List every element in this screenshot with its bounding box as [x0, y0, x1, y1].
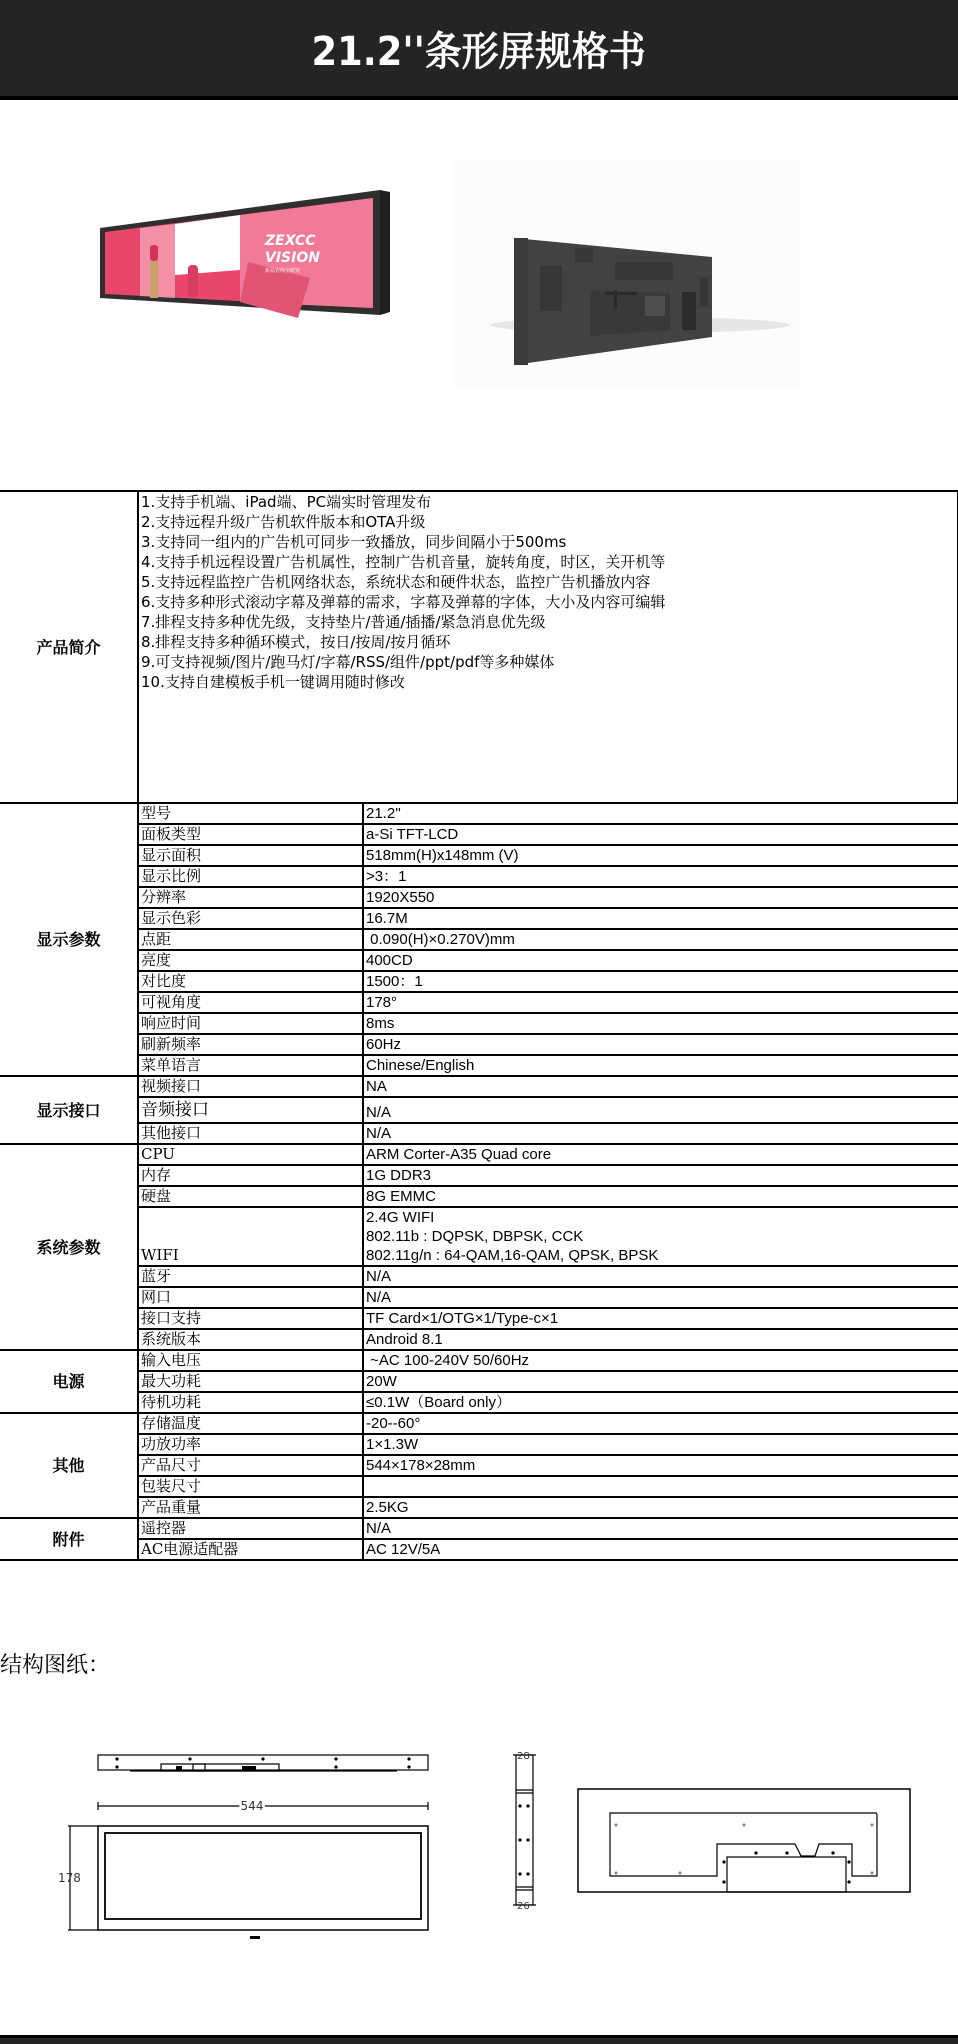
spec-key: 存储温度 — [138, 1413, 363, 1434]
spec-key: 点距 — [138, 929, 363, 950]
spec-value: 21.2'' — [363, 803, 958, 824]
table-row: 系统版本Android 8.1 — [0, 1329, 958, 1350]
category-system: 系统参数 — [0, 1144, 138, 1350]
table-row: 刷新频率60Hz — [0, 1034, 958, 1055]
spec-value: 518mm(H)x148mm (V) — [363, 845, 958, 866]
front-view-image: ZEXCC VISION 新品在线全研究 — [100, 190, 390, 320]
spec-key: 菜单语言 — [138, 1055, 363, 1076]
spec-table: 产品简介 1.支持手机端、iPad端、PC端实时管理发布 2.支持远程升级广告机… — [0, 490, 958, 1561]
table-row: 音频接口N/A — [0, 1097, 958, 1123]
table-row: 菜单语言Chinese/English — [0, 1055, 958, 1076]
table-row: 最大功耗20W — [0, 1371, 958, 1392]
table-row: 分辨率1920X550 — [0, 887, 958, 908]
dim-depth-top-label: 28 — [517, 1751, 530, 1762]
table-row: 硬盘8G EMMC — [0, 1186, 958, 1207]
category-interface: 显示接口 — [0, 1076, 138, 1144]
intro-line: 6.支持多种形式滚动字幕及弹幕的需求，字幕及弹幕的字体，大小及内容可编辑 — [141, 592, 955, 612]
spec-key: 系统版本 — [138, 1329, 363, 1350]
spec-key: 亮度 — [138, 950, 363, 971]
spec-value: N/A — [363, 1097, 958, 1123]
spec-key: 刷新频率 — [138, 1034, 363, 1055]
intro-line: 1.支持手机端、iPad端、PC端实时管理发布 — [141, 492, 955, 512]
spec-key: 硬盘 — [138, 1186, 363, 1207]
spec-value: 1×1.3W — [363, 1434, 958, 1455]
category-display: 显示参数 — [0, 803, 138, 1076]
intro-line: 7.排程支持多种优先级，支持垫片/普通/插播/紧急消息优先级 — [141, 612, 955, 632]
table-row: 系统参数 CPU ARM Corter-A35 Quad core — [0, 1144, 958, 1165]
structure-title: 结构图纸： — [0, 1648, 110, 1679]
back-view-image — [450, 160, 800, 390]
spec-value: Chinese/English — [363, 1055, 958, 1076]
spec-value: ARM Corter-A35 Quad core — [363, 1144, 958, 1165]
intro-line: 5.支持远程监控广告机网络状态，系统状态和硬件状态，监控广告机播放内容 — [141, 572, 955, 592]
table-row-wifi: WIFI 2.4G WIFI 802.11b : DQPSK, DBPSK, C… — [0, 1207, 958, 1266]
spec-value: 60Hz — [363, 1034, 958, 1055]
table-row: 点距 0.090(H)×0.270V)mm — [0, 929, 958, 950]
table-row: 产品尺寸544×178×28mm — [0, 1455, 958, 1476]
spec-key: 对比度 — [138, 971, 363, 992]
dim-height-label: 178 — [58, 1871, 81, 1885]
spec-value: 1500：1 — [363, 971, 958, 992]
spec-value-wifi: 2.4G WIFI 802.11b : DQPSK, DBPSK, CCK 80… — [363, 1207, 958, 1266]
table-row: 包装尺寸 — [0, 1476, 958, 1497]
table-row: 蓝牙N/A — [0, 1266, 958, 1287]
spec-value: 1920X550 — [363, 887, 958, 908]
spec-key: CPU — [138, 1144, 363, 1165]
spec-key: 包装尺寸 — [138, 1476, 363, 1497]
spec-key: 待机功耗 — [138, 1392, 363, 1413]
spec-key: 响应时间 — [138, 1013, 363, 1034]
svg-text:新品在线全研究: 新品在线全研究 — [265, 267, 300, 274]
table-row: 显示参数 型号 21.2'' — [0, 803, 958, 824]
table-row: 亮度400CD — [0, 950, 958, 971]
spec-key: 显示比例 — [138, 866, 363, 887]
category-accessories: 附件 — [0, 1518, 138, 1560]
spec-value: 8G EMMC — [363, 1186, 958, 1207]
table-row: 其他 存储温度 -20--60° — [0, 1413, 958, 1434]
spec-value: a-Si TFT-LCD — [363, 824, 958, 845]
spec-key: AC电源适配器 — [138, 1539, 363, 1560]
spec-key: 其他接口 — [138, 1123, 363, 1144]
spec-value: >3：1 — [363, 866, 958, 887]
spec-value: Android 8.1 — [363, 1329, 958, 1350]
spec-key: 视频接口 — [138, 1076, 363, 1097]
spec-value: 400CD — [363, 950, 958, 971]
spec-key: 音频接口 — [138, 1097, 363, 1123]
spec-value: -20--60° — [363, 1413, 958, 1434]
spec-value: N/A — [363, 1266, 958, 1287]
spec-key: 网口 — [138, 1287, 363, 1308]
spec-key: 蓝牙 — [138, 1266, 363, 1287]
spec-key: 最大功耗 — [138, 1371, 363, 1392]
table-row: 功放功率1×1.3W — [0, 1434, 958, 1455]
table-row-intro: 产品简介 1.支持手机端、iPad端、PC端实时管理发布 2.支持远程升级广告机… — [0, 491, 958, 803]
spec-key: 型号 — [138, 803, 363, 824]
wifi-line: 802.11b : DQPSK, DBPSK, CCK — [366, 1227, 956, 1246]
page-footer-bar — [0, 2035, 958, 2044]
table-row: 其他接口N/A — [0, 1123, 958, 1144]
spec-value: TF Card×1/OTG×1/Type-c×1 — [363, 1308, 958, 1329]
intro-line: 9.可支持视频/图片/跑马灯/字幕/RSS/组件/ppt/pdf等多种媒体 — [141, 652, 955, 672]
page-header: 21.2''条形屏规格书 — [0, 0, 958, 100]
spec-key: 面板类型 — [138, 824, 363, 845]
spec-key: 遥控器 — [138, 1518, 363, 1539]
product-photos: ZEXCC VISION 新品在线全研究 — [0, 100, 958, 490]
spec-value: N/A — [363, 1518, 958, 1539]
spec-key: 分辨率 — [138, 887, 363, 908]
spec-value: ≤0.1W（Board only） — [363, 1392, 958, 1413]
spec-value: 1G DDR3 — [363, 1165, 958, 1186]
intro-line: 2.支持远程升级广告机软件版本和OTA升级 — [141, 512, 955, 532]
svg-text:ZEXCC: ZEXCC — [264, 233, 316, 249]
spec-key: 功放功率 — [138, 1434, 363, 1455]
intro-line: 4.支持手机远程设置广告机属性，控制广告机音量，旋转角度，时区，关开机等 — [141, 552, 955, 572]
table-row: 产品重量2.5KG — [0, 1497, 958, 1518]
spec-value — [363, 1476, 958, 1497]
structure-drawings: 544 178 28 26 — [0, 1740, 958, 1960]
spec-value: 20W — [363, 1371, 958, 1392]
spec-key: 显示面积 — [138, 845, 363, 866]
intro-line: 8.排程支持多种循环模式，按日/按周/按月循环 — [141, 632, 955, 652]
table-row: 附件 遥控器 N/A — [0, 1518, 958, 1539]
table-row: 可视角度178° — [0, 992, 958, 1013]
page-title: 21.2''条形屏规格书 — [312, 20, 646, 77]
spec-key: 输入电压 — [138, 1350, 363, 1371]
spec-key: 显示色彩 — [138, 908, 363, 929]
spec-value: 544×178×28mm — [363, 1455, 958, 1476]
table-row: 显示面积518mm(H)x148mm (V) — [0, 845, 958, 866]
spec-key: WIFI — [138, 1207, 363, 1266]
svg-text:VISION: VISION — [265, 250, 320, 266]
spec-key: 可视角度 — [138, 992, 363, 1013]
table-row: 对比度1500：1 — [0, 971, 958, 992]
spec-key: 产品尺寸 — [138, 1455, 363, 1476]
intro-line: 10.支持自建模板手机一键调用随时修改 — [141, 672, 955, 692]
table-row: 电源 输入电压 ~AC 100-240V 50/60Hz — [0, 1350, 958, 1371]
spec-value: 16.7M — [363, 908, 958, 929]
dim-depth-bottom-label: 26 — [517, 1901, 530, 1912]
category-other: 其他 — [0, 1413, 138, 1518]
table-row: AC电源适配器AC 12V/5A — [0, 1539, 958, 1560]
spec-value: NA — [363, 1076, 958, 1097]
table-row: 内存1G DDR3 — [0, 1165, 958, 1186]
dim-width-label: 544 — [241, 1799, 264, 1813]
wifi-line: 802.11g/n : 64-QAM,16-QAM, QPSK, BPSK — [366, 1246, 956, 1265]
spec-value: 2.5KG — [363, 1497, 958, 1518]
category-power: 电源 — [0, 1350, 138, 1413]
table-row: 面板类型a-Si TFT-LCD — [0, 824, 958, 845]
table-row: 待机功耗≤0.1W（Board only） — [0, 1392, 958, 1413]
intro-cell: 1.支持手机端、iPad端、PC端实时管理发布 2.支持远程升级广告机软件版本和… — [138, 491, 958, 803]
table-row: 显示比例>3：1 — [0, 866, 958, 887]
intro-line: 3.支持同一组内的广告机可同步一致播放，同步间隔小于500ms — [141, 532, 955, 552]
spec-value: 0.090(H)×0.270V)mm — [363, 929, 958, 950]
table-row: 显示色彩16.7M — [0, 908, 958, 929]
spec-value: AC 12V/5A — [363, 1539, 958, 1560]
spec-value: N/A — [363, 1123, 958, 1144]
category-intro: 产品简介 — [0, 491, 138, 803]
spec-value: 178° — [363, 992, 958, 1013]
table-row: 显示接口 视频接口 NA — [0, 1076, 958, 1097]
table-row: 响应时间8ms — [0, 1013, 958, 1034]
spec-value: N/A — [363, 1287, 958, 1308]
wifi-line: 2.4G WIFI — [366, 1208, 956, 1227]
spec-key: 产品重量 — [138, 1497, 363, 1518]
table-row: 网口N/A — [0, 1287, 958, 1308]
table-row: 接口支持TF Card×1/OTG×1/Type-c×1 — [0, 1308, 958, 1329]
spec-value: ~AC 100-240V 50/60Hz — [363, 1350, 958, 1371]
spec-key: 接口支持 — [138, 1308, 363, 1329]
spec-key: 内存 — [138, 1165, 363, 1186]
spec-value: 8ms — [363, 1013, 958, 1034]
